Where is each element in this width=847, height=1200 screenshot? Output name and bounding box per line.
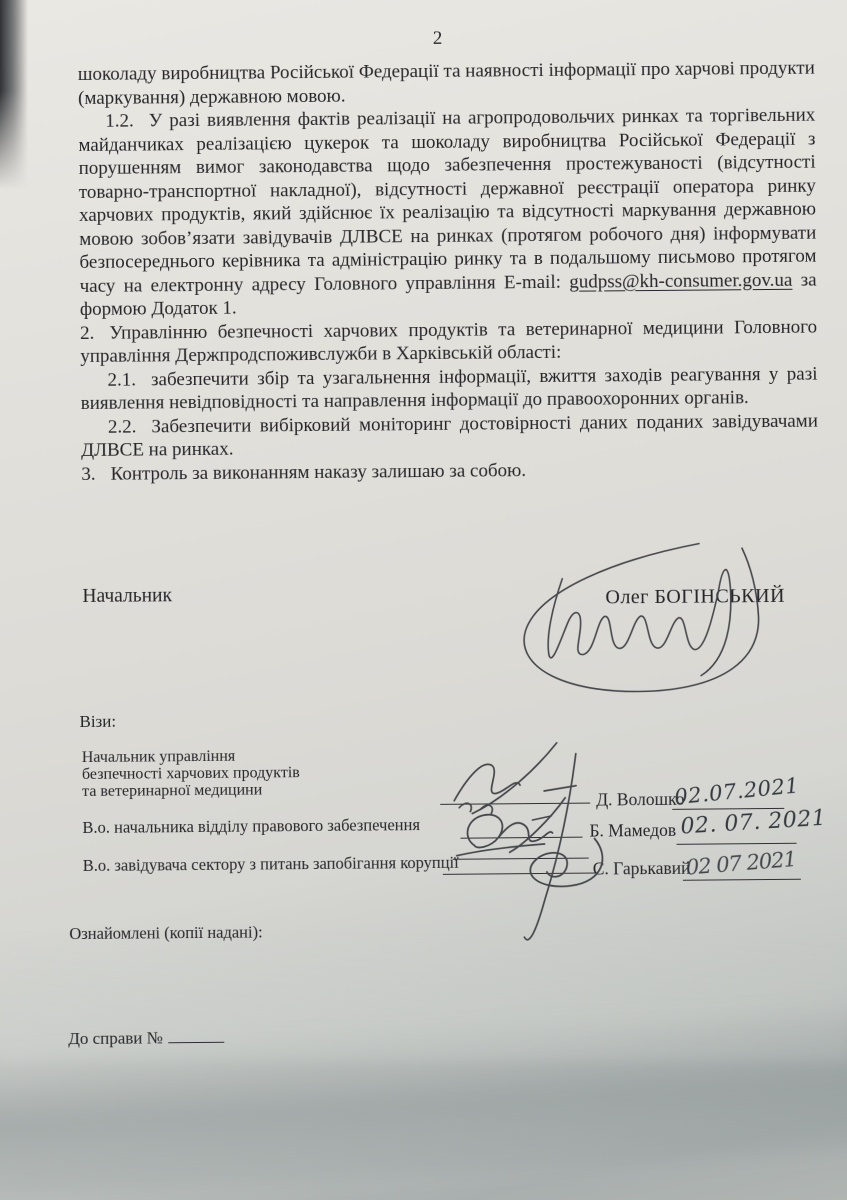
item-2-text: Управлінню безпечності харчових продукті… bbox=[80, 316, 817, 367]
harkavyi-signature bbox=[456, 753, 603, 940]
acknowledged-label: Ознайомлені (копії надані): bbox=[69, 922, 262, 944]
item-number: 2.1. bbox=[107, 369, 151, 390]
date-line bbox=[683, 879, 801, 881]
paragraph-1-2: 1.2.У разі виявлення фактів реалізації н… bbox=[78, 104, 817, 322]
visa-name-1: Д. Волошко bbox=[596, 789, 684, 811]
signature-line bbox=[440, 803, 590, 805]
paragraph-2-2: 2.2.Забезпечити вибірковий моніторинг до… bbox=[81, 409, 818, 462]
item-number: 1.2. bbox=[105, 110, 149, 131]
item-number: 2.2. bbox=[108, 416, 152, 437]
visa-name-3: С. Гарькавий bbox=[593, 858, 691, 880]
item-number: 3. bbox=[81, 463, 110, 484]
to-file-text: До справи № bbox=[68, 1028, 163, 1048]
photographed-document-page: 2 шоколаду виробництва Російської Федера… bbox=[0, 0, 847, 1200]
page-number: 2 bbox=[57, 25, 817, 54]
mamedov-signature bbox=[467, 798, 565, 853]
email-address: gudpss@kh-consumer.gov.ua bbox=[569, 269, 792, 292]
date-line bbox=[677, 843, 797, 845]
paragraph-2: 2.Управлінню безпечності харчових продук… bbox=[80, 315, 817, 368]
visa-role-3: В.о. завідувача сектору з питань запобіг… bbox=[83, 855, 459, 875]
signer-position: Начальник bbox=[82, 585, 172, 608]
signer-name: Олег БОГІНСЬКИЙ bbox=[605, 585, 785, 610]
item-1-2-text: У разі виявлення фактів реалізації на аг… bbox=[78, 105, 816, 297]
visas-heading: Візи: bbox=[79, 712, 116, 732]
file-number-blank bbox=[168, 1029, 224, 1043]
to-file-label: До справи № bbox=[68, 1028, 224, 1049]
item-2-1-text: забезпечити збір та узагальнення інформа… bbox=[81, 363, 818, 414]
visa-role-2: В.о. начальника відділу правового забезп… bbox=[82, 817, 420, 837]
handwritten-date-3: 02 07 2021 bbox=[685, 847, 797, 880]
visa-role-1-line2: безпечності харчових продуктів bbox=[82, 765, 300, 784]
order-body: шоколаду виробництва Російської Федераці… bbox=[78, 57, 819, 486]
signature-line bbox=[461, 837, 583, 839]
paragraph-intro: шоколаду виробництва Російської Федераці… bbox=[78, 57, 815, 110]
signature-line bbox=[443, 873, 596, 875]
visa-role-1: Начальник управління безпечності харчови… bbox=[82, 748, 300, 800]
signature-line bbox=[453, 858, 589, 860]
item-number: 2. bbox=[80, 322, 109, 343]
item-2-2-text: Забезпечити вибірковий моніторинг достов… bbox=[81, 410, 818, 461]
handwritten-date-1: 02.07.2021 bbox=[673, 773, 800, 809]
boginsky-signature bbox=[523, 543, 759, 692]
handwritten-date-2: 02. 07. 2021 bbox=[680, 806, 827, 840]
item-3-text: Контроль за виконанням наказу залишаю за… bbox=[110, 460, 526, 485]
paper-content: 2 шоколаду виробництва Російської Федера… bbox=[0, 0, 847, 1200]
visa-role-1-line3: та ветеринарної медицини bbox=[82, 782, 300, 801]
visa-name-2: Б. Мамедов bbox=[589, 820, 676, 842]
paragraph-2-1: 2.1.забезпечити збір та узагальнення інф… bbox=[80, 362, 817, 415]
